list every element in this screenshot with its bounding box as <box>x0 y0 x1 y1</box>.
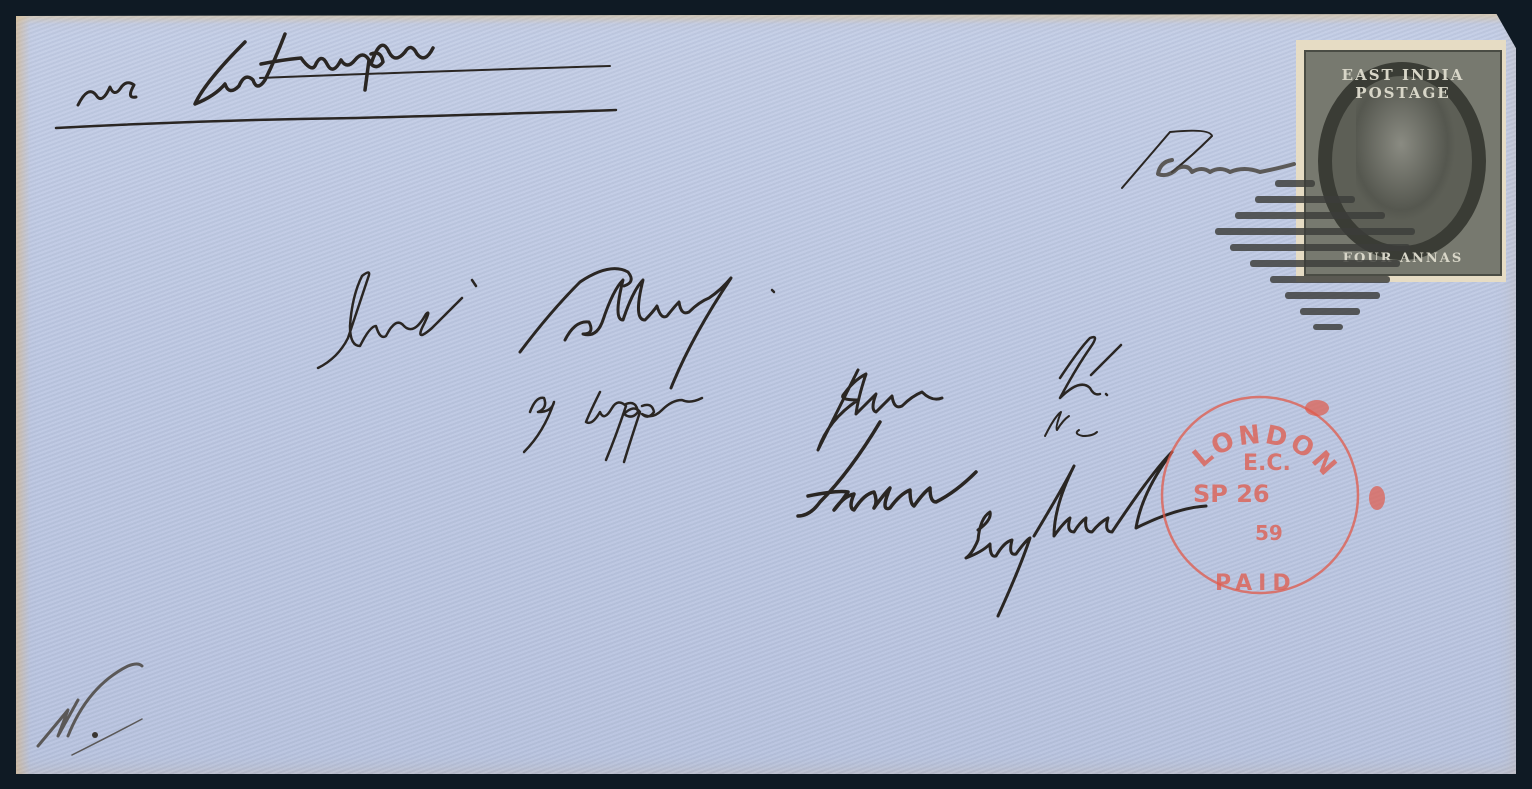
address-line-street <box>524 337 1121 462</box>
address-line-district <box>1045 412 1097 436</box>
corner-initials <box>38 664 142 755</box>
postmark-office: E.C. <box>1243 451 1291 476</box>
london-paid-postmark: LONDON E.C. SP 26 59 PAID <box>1145 390 1385 610</box>
postmark-date: SP 26 <box>1193 480 1270 508</box>
diamond-obliterator-cancel <box>1205 120 1435 340</box>
routing-endorsement <box>56 34 616 128</box>
postmark-status: PAID <box>1215 571 1297 596</box>
stamp-country-text: EAST INDIA POSTAGE <box>1306 66 1500 102</box>
postmark-year: 59 <box>1255 521 1283 545</box>
address-line-name <box>318 269 774 388</box>
